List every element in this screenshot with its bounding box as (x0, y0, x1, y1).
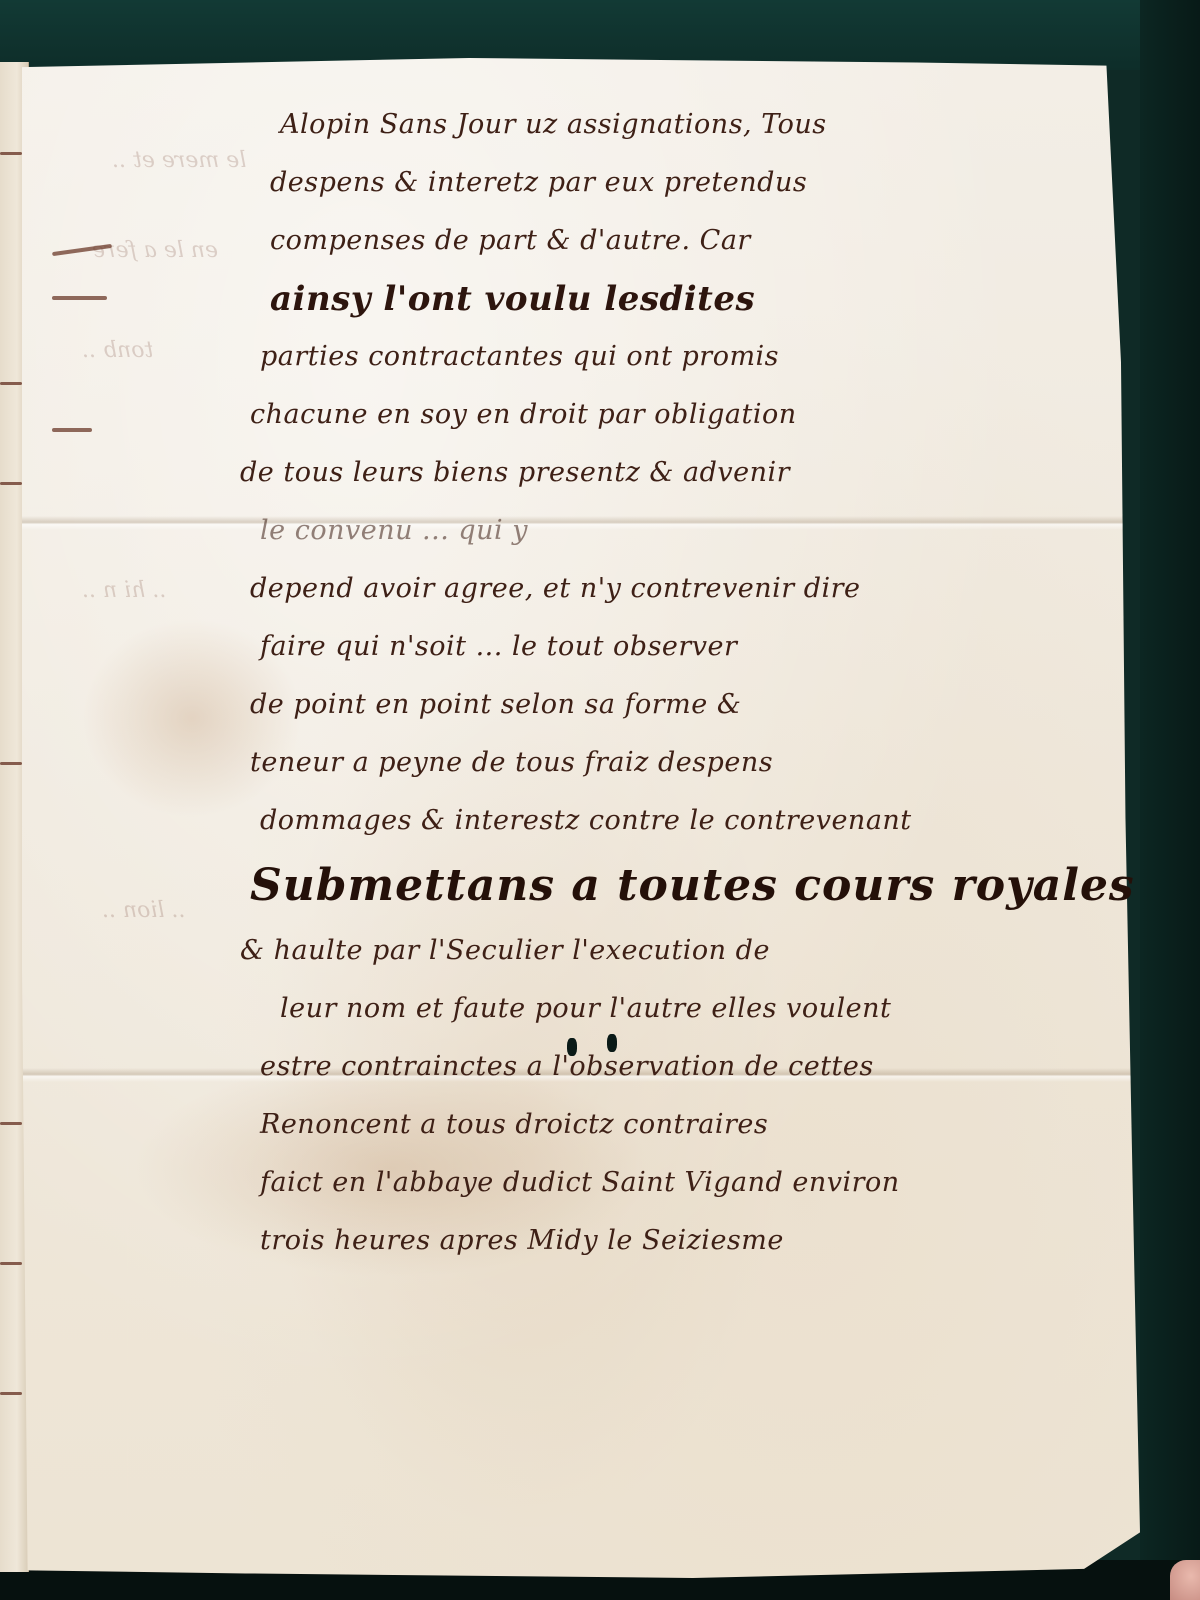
text-line: le convenu ... qui y (220, 502, 1100, 560)
ink-mark (0, 1122, 22, 1125)
fingertip (1170, 1560, 1200, 1600)
ink-mark (0, 482, 22, 485)
bleed-through-text: .. lion .. (102, 898, 185, 923)
text-line: estre contrainctes a l'observation de ce… (220, 1038, 1100, 1096)
text-line: teneur a peyne de tous fraiz despens (220, 734, 1100, 792)
background-right (1140, 0, 1200, 1600)
text-line: Submettans a toutes cours royales (220, 850, 1100, 922)
text-line: parties contractantes qui ont promis (220, 328, 1100, 386)
ink-mark (0, 762, 22, 765)
text-line: depend avoir agree, et n'y contrevenir d… (220, 560, 1100, 618)
text-line: & haulte par l'Seculier l'execution de (220, 922, 1100, 980)
text-line: despens & interetz par eux pretendus (220, 154, 1100, 212)
text-line: leur nom et faute pour l'autre elles vou… (220, 980, 1100, 1038)
text-line: dommages & interestz contre le contreven… (220, 792, 1100, 850)
ink-mark (0, 1392, 22, 1395)
ink-mark (0, 1262, 22, 1265)
bleed-through-text: .. hi n .. (82, 578, 166, 603)
bleed-through-text: en le a fere (92, 238, 218, 263)
text-line: ainsy l'ont voulu lesdites (220, 270, 1100, 328)
text-line: de tous leurs biens presentz & advenir (220, 444, 1100, 502)
text-line: Alopin Sans Jour uz assignations, Tous (220, 96, 1100, 154)
text-line: Renoncent a tous droictz contraires (220, 1096, 1100, 1154)
margin-flourish (52, 296, 107, 300)
text-line: compenses de part & d'autre. Car (220, 212, 1100, 270)
ink-mark (0, 152, 22, 155)
text-line: faire qui n'soit ... le tout observer (220, 618, 1100, 676)
bleed-through-text: tonb .. (82, 338, 153, 363)
ink-mark (0, 382, 22, 385)
text-line: de point en point selon sa forme & (220, 676, 1100, 734)
manuscript-text: Alopin Sans Jour uz assignations, Tous d… (220, 96, 1100, 1270)
text-line: trois heures apres Midy le Seiziesme (220, 1212, 1100, 1270)
margin-flourish (52, 428, 92, 432)
text-line: faict en l'abbaye dudict Saint Vigand en… (220, 1154, 1100, 1212)
text-line: chacune en soy en droit par obligation (220, 386, 1100, 444)
